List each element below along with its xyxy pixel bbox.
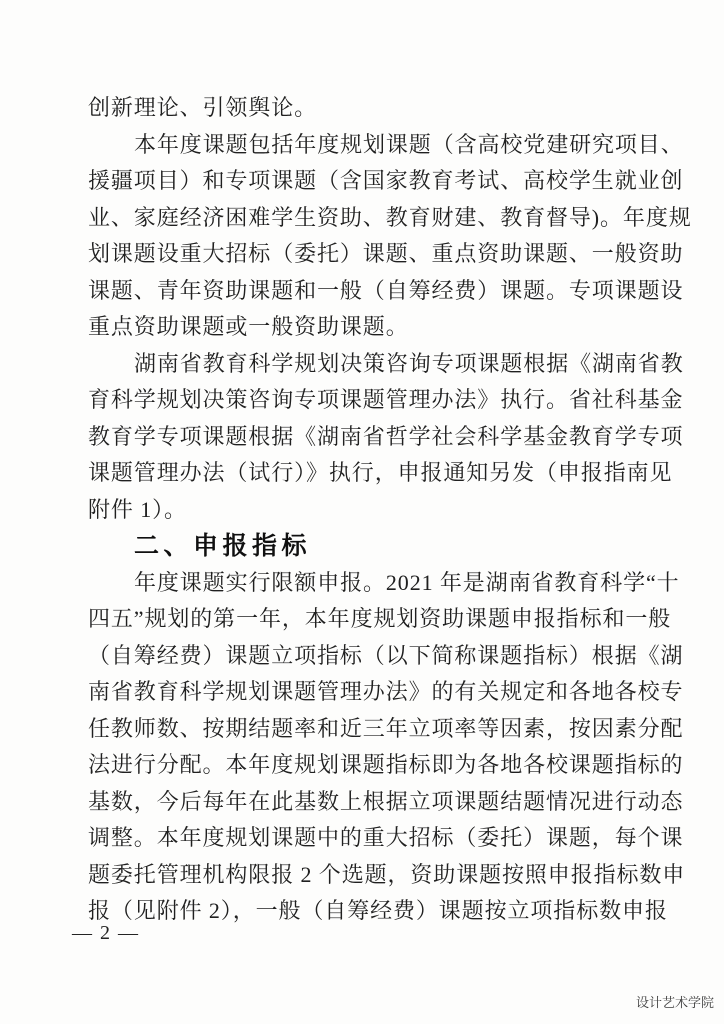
- document-body: 创新理论、引领舆论。 本年度课题包括年度规划课题（含高校党建研究项目、 援疆项目…: [88, 90, 694, 930]
- body-line: 年度课题实行限额申报。2021 年是湖南省教育科学“十: [88, 565, 694, 602]
- body-line: 四五”规划的第一年，本年度规划资助课题申报指标和一般: [88, 601, 694, 638]
- body-line: 题委托管理机构限报 2 个选题，资助课题按照申报指标数申: [88, 857, 694, 894]
- body-line: 基数，今后每年在此基数上根据立项课题结题情况进行动态: [88, 784, 694, 821]
- body-line: 本年度课题包括年度规划课题（含高校党建研究项目、: [88, 127, 694, 164]
- body-line: 重点资助课题或一般资助课题。: [88, 309, 694, 346]
- body-line: 南省教育科学规划课题管理办法》的有关规定和各地各校专: [88, 674, 694, 711]
- body-line: 育科学规划决策咨询专项课题管理办法》执行。省社科基金: [88, 382, 694, 419]
- body-line: 附件 1）。: [88, 492, 694, 529]
- document-page: 创新理论、引领舆论。 本年度课题包括年度规划课题（含高校党建研究项目、 援疆项目…: [0, 0, 724, 1024]
- body-line: 课题管理办法（试行）》执行，申报通知另发（申报指南见: [88, 455, 694, 492]
- body-line: 法进行分配。本年度规划课题指标即为各地各校课题指标的: [88, 747, 694, 784]
- section-heading: 二、申报指标: [88, 528, 694, 565]
- page-number: — 2 —: [72, 922, 140, 945]
- body-line: 湖南省教育科学规划决策咨询专项课题根据《湖南省教: [88, 346, 694, 383]
- watermark-text: 设计艺术学院: [636, 992, 714, 1011]
- body-line: 教育学专项课题根据《湖南省哲学社会科学基金教育学专项: [88, 419, 694, 456]
- body-line: 调整。本年度规划课题中的重大招标（委托）课题，每个课: [88, 820, 694, 857]
- body-line: 援疆项目）和专项课题（含国家教育考试、高校学生就业创: [88, 163, 694, 200]
- body-line: 划课题设重大招标（委托）课题、重点资助课题、一般资助: [88, 236, 694, 273]
- body-line: （自筹经费）课题立项指标（以下简称课题指标）根据《湖: [88, 638, 694, 675]
- body-line: 课题、青年资助课题和一般（自筹经费）课题。专项课题设: [88, 273, 694, 310]
- body-line: 报（见附件 2），一般（自筹经费）课题按立项指标数申报: [88, 893, 694, 930]
- body-line: 创新理论、引领舆论。: [88, 90, 694, 127]
- body-line: 业、家庭经济困难学生资助、教育财建、教育督导)。年度规: [88, 200, 694, 237]
- body-line: 任教师数、按期结题率和近三年立项率等因素，按因素分配: [88, 711, 694, 748]
